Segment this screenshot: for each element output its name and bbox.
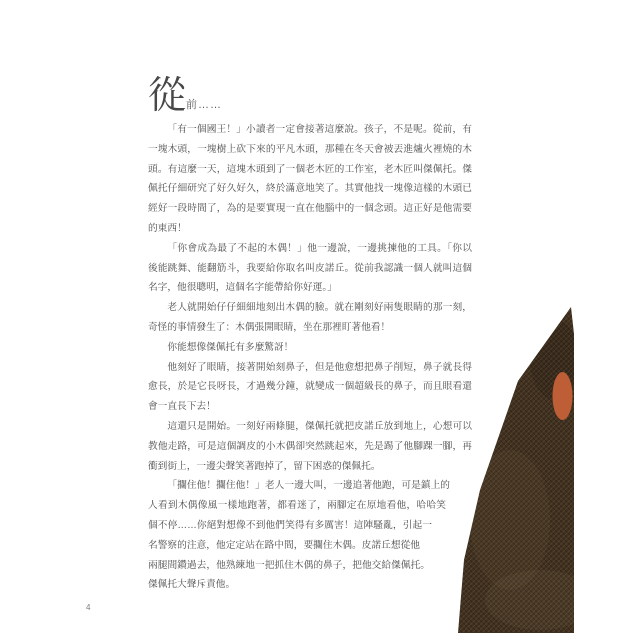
story-paragraph: 他刻好了眼睛，接著開始刻鼻子，但是他愈想把鼻子削短，鼻子就長得愈長，於是它長呀長… <box>148 358 472 417</box>
dropcap-character: 從 <box>148 75 186 117</box>
story-paragraph: 「你會成為最了不起的木偶！」他一邊說，一邊挑揀他的工具。「你以後能跳舞、能翻筋斗… <box>148 239 472 298</box>
text-wrap-spacer <box>430 556 472 576</box>
story-paragraph: 你能想像傑佩托有多麼驚訝！ <box>148 338 472 358</box>
page-number: 4 <box>86 603 90 612</box>
text-wrap-spacer <box>420 536 472 556</box>
orange-accent-spot <box>553 372 573 420</box>
text-wrap-spacer <box>450 476 472 496</box>
text-wrap-spacer <box>446 496 472 516</box>
shape-mottle-shadow <box>530 320 580 400</box>
dark-textured-shape <box>458 307 574 633</box>
book-page: 從前…… 「有一個國王！」小讀者一定會接著這麼說。孩子，不是呢。從前，有一塊木頭… <box>0 0 640 640</box>
text-wrap-spacer <box>432 516 472 536</box>
text-wrap-spacer <box>430 575 472 595</box>
shape-mottle-highlight <box>485 570 595 630</box>
story-paragraph: 老人就開始仔仔細細地刻出木偶的臉。就在剛刻好兩隻眼睛的那一刻，奇怪的事情發生了：… <box>148 298 472 338</box>
story-text-column: 從前…… 「有一個國王！」小讀者一定會接著這麼說。孩子，不是呢。從前，有一塊木頭… <box>148 74 472 595</box>
chapter-opening: 從前…… <box>148 74 472 120</box>
shape-mottle-highlight <box>470 450 550 590</box>
story-paragraph: 這還只是開始。一刻好兩條腿，傑佩托就把皮諾丘放到地上，心想可以教他走路，可是這個… <box>148 417 472 476</box>
story-paragraph: 「有一個國王！」小讀者一定會接著這麼說。孩子，不是呢。從前，有一塊木頭，一塊樹上… <box>148 120 472 239</box>
chapter-opening-continuation: 前…… <box>186 99 222 111</box>
